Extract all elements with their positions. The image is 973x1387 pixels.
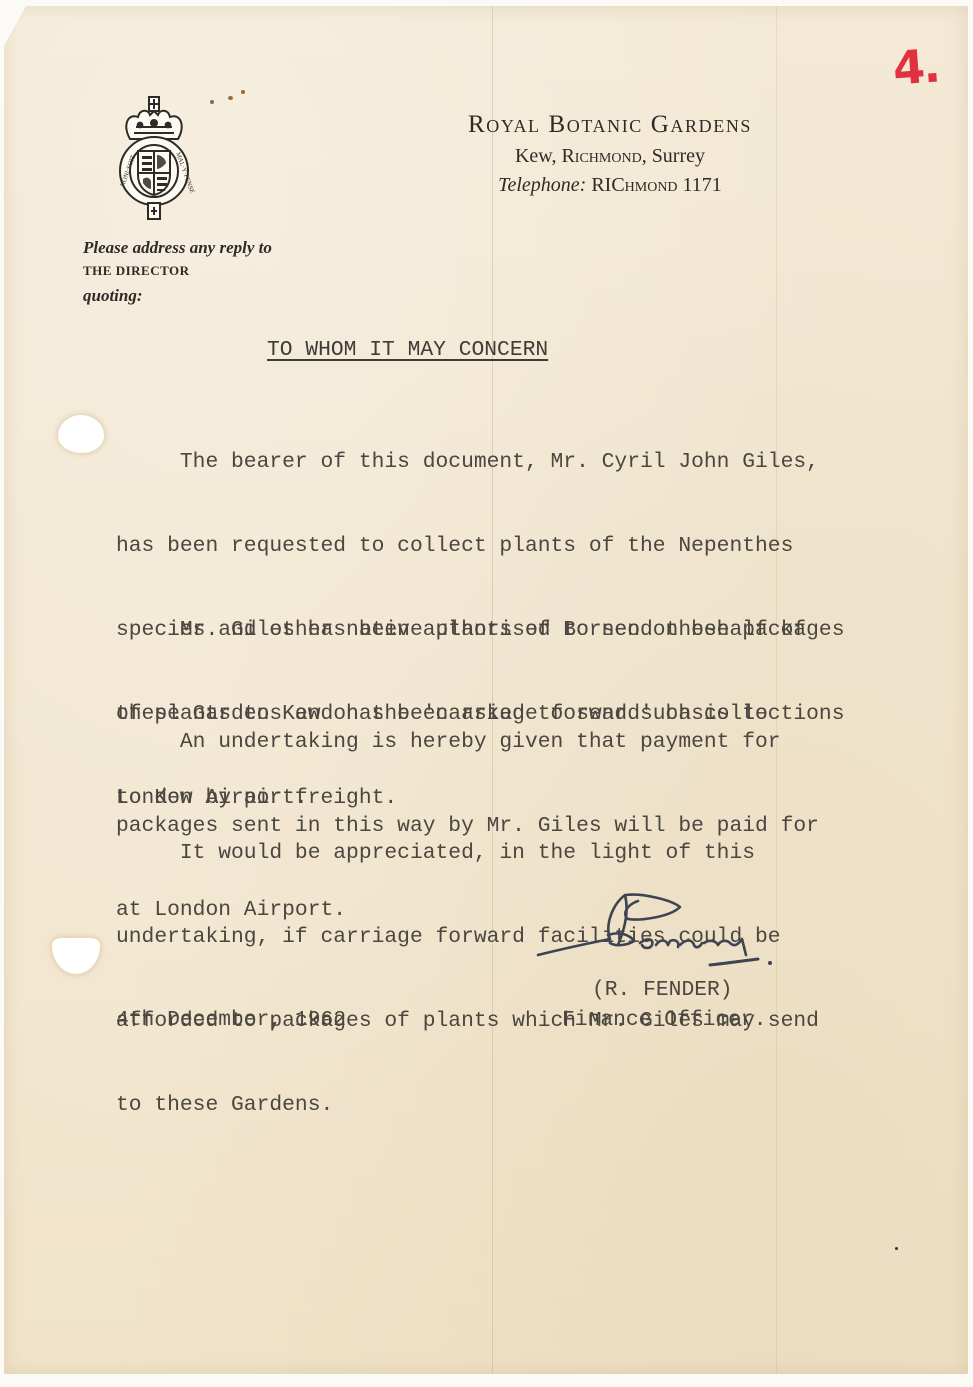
- address-suffix: , Surrey: [642, 145, 705, 167]
- paper-stain: [241, 90, 245, 94]
- telephone-label: Telephone:: [498, 174, 586, 196]
- organization-telephone: Telephone: RIChmond 1171: [400, 171, 820, 199]
- paragraph-line: Mr. Giles has been authorised to send th…: [116, 616, 844, 644]
- telephone-number: 1171: [683, 174, 722, 196]
- telephone-exchange: RIChmond: [591, 174, 677, 196]
- reply-instructions: Please address any reply to THE DIRECTOR…: [83, 236, 272, 310]
- royal-coat-of-arms-icon: HONI·SOIT MAL·Y·PENSE: [112, 95, 196, 223]
- paragraph-line: The bearer of this document, Mr. Cyril J…: [116, 448, 844, 476]
- reply-recipient: THE DIRECTOR: [83, 260, 272, 282]
- punch-hole: [58, 415, 104, 453]
- organization-address: Kew, Richmond, Surrey: [400, 142, 820, 171]
- signer-title: Finance Officer.: [562, 1006, 766, 1034]
- organization-name: Royal Botanic Gardens: [400, 108, 820, 142]
- letter-date: 4th December, 1962: [116, 1006, 346, 1034]
- paragraph-line: An undertaking is hereby given that paym…: [116, 728, 819, 756]
- paragraph-line: has been requested to collect plants of …: [116, 532, 844, 560]
- paper-stain: [228, 96, 233, 100]
- letter-subject: TO WHOM IT MAY CONCERN: [267, 336, 548, 364]
- handwritten-signature-icon: [530, 885, 780, 980]
- letterhead: Royal Botanic Gardens Kew, Richmond, Sur…: [400, 108, 820, 199]
- address-city: Richmond: [561, 145, 641, 167]
- paragraph-line: to these Gardens.: [116, 1091, 819, 1119]
- page-number-annotation: 4.: [891, 38, 940, 95]
- reply-quoting-label: quoting:: [83, 282, 272, 310]
- paper-stain: [895, 1247, 898, 1250]
- paper-stain: [210, 100, 214, 104]
- signer-name: (R. FENDER): [592, 976, 733, 1004]
- address-prefix: Kew,: [515, 145, 561, 167]
- paragraph-line: It would be appreciated, in the light of…: [116, 839, 819, 867]
- reply-instruction-line: Please address any reply to: [83, 236, 272, 260]
